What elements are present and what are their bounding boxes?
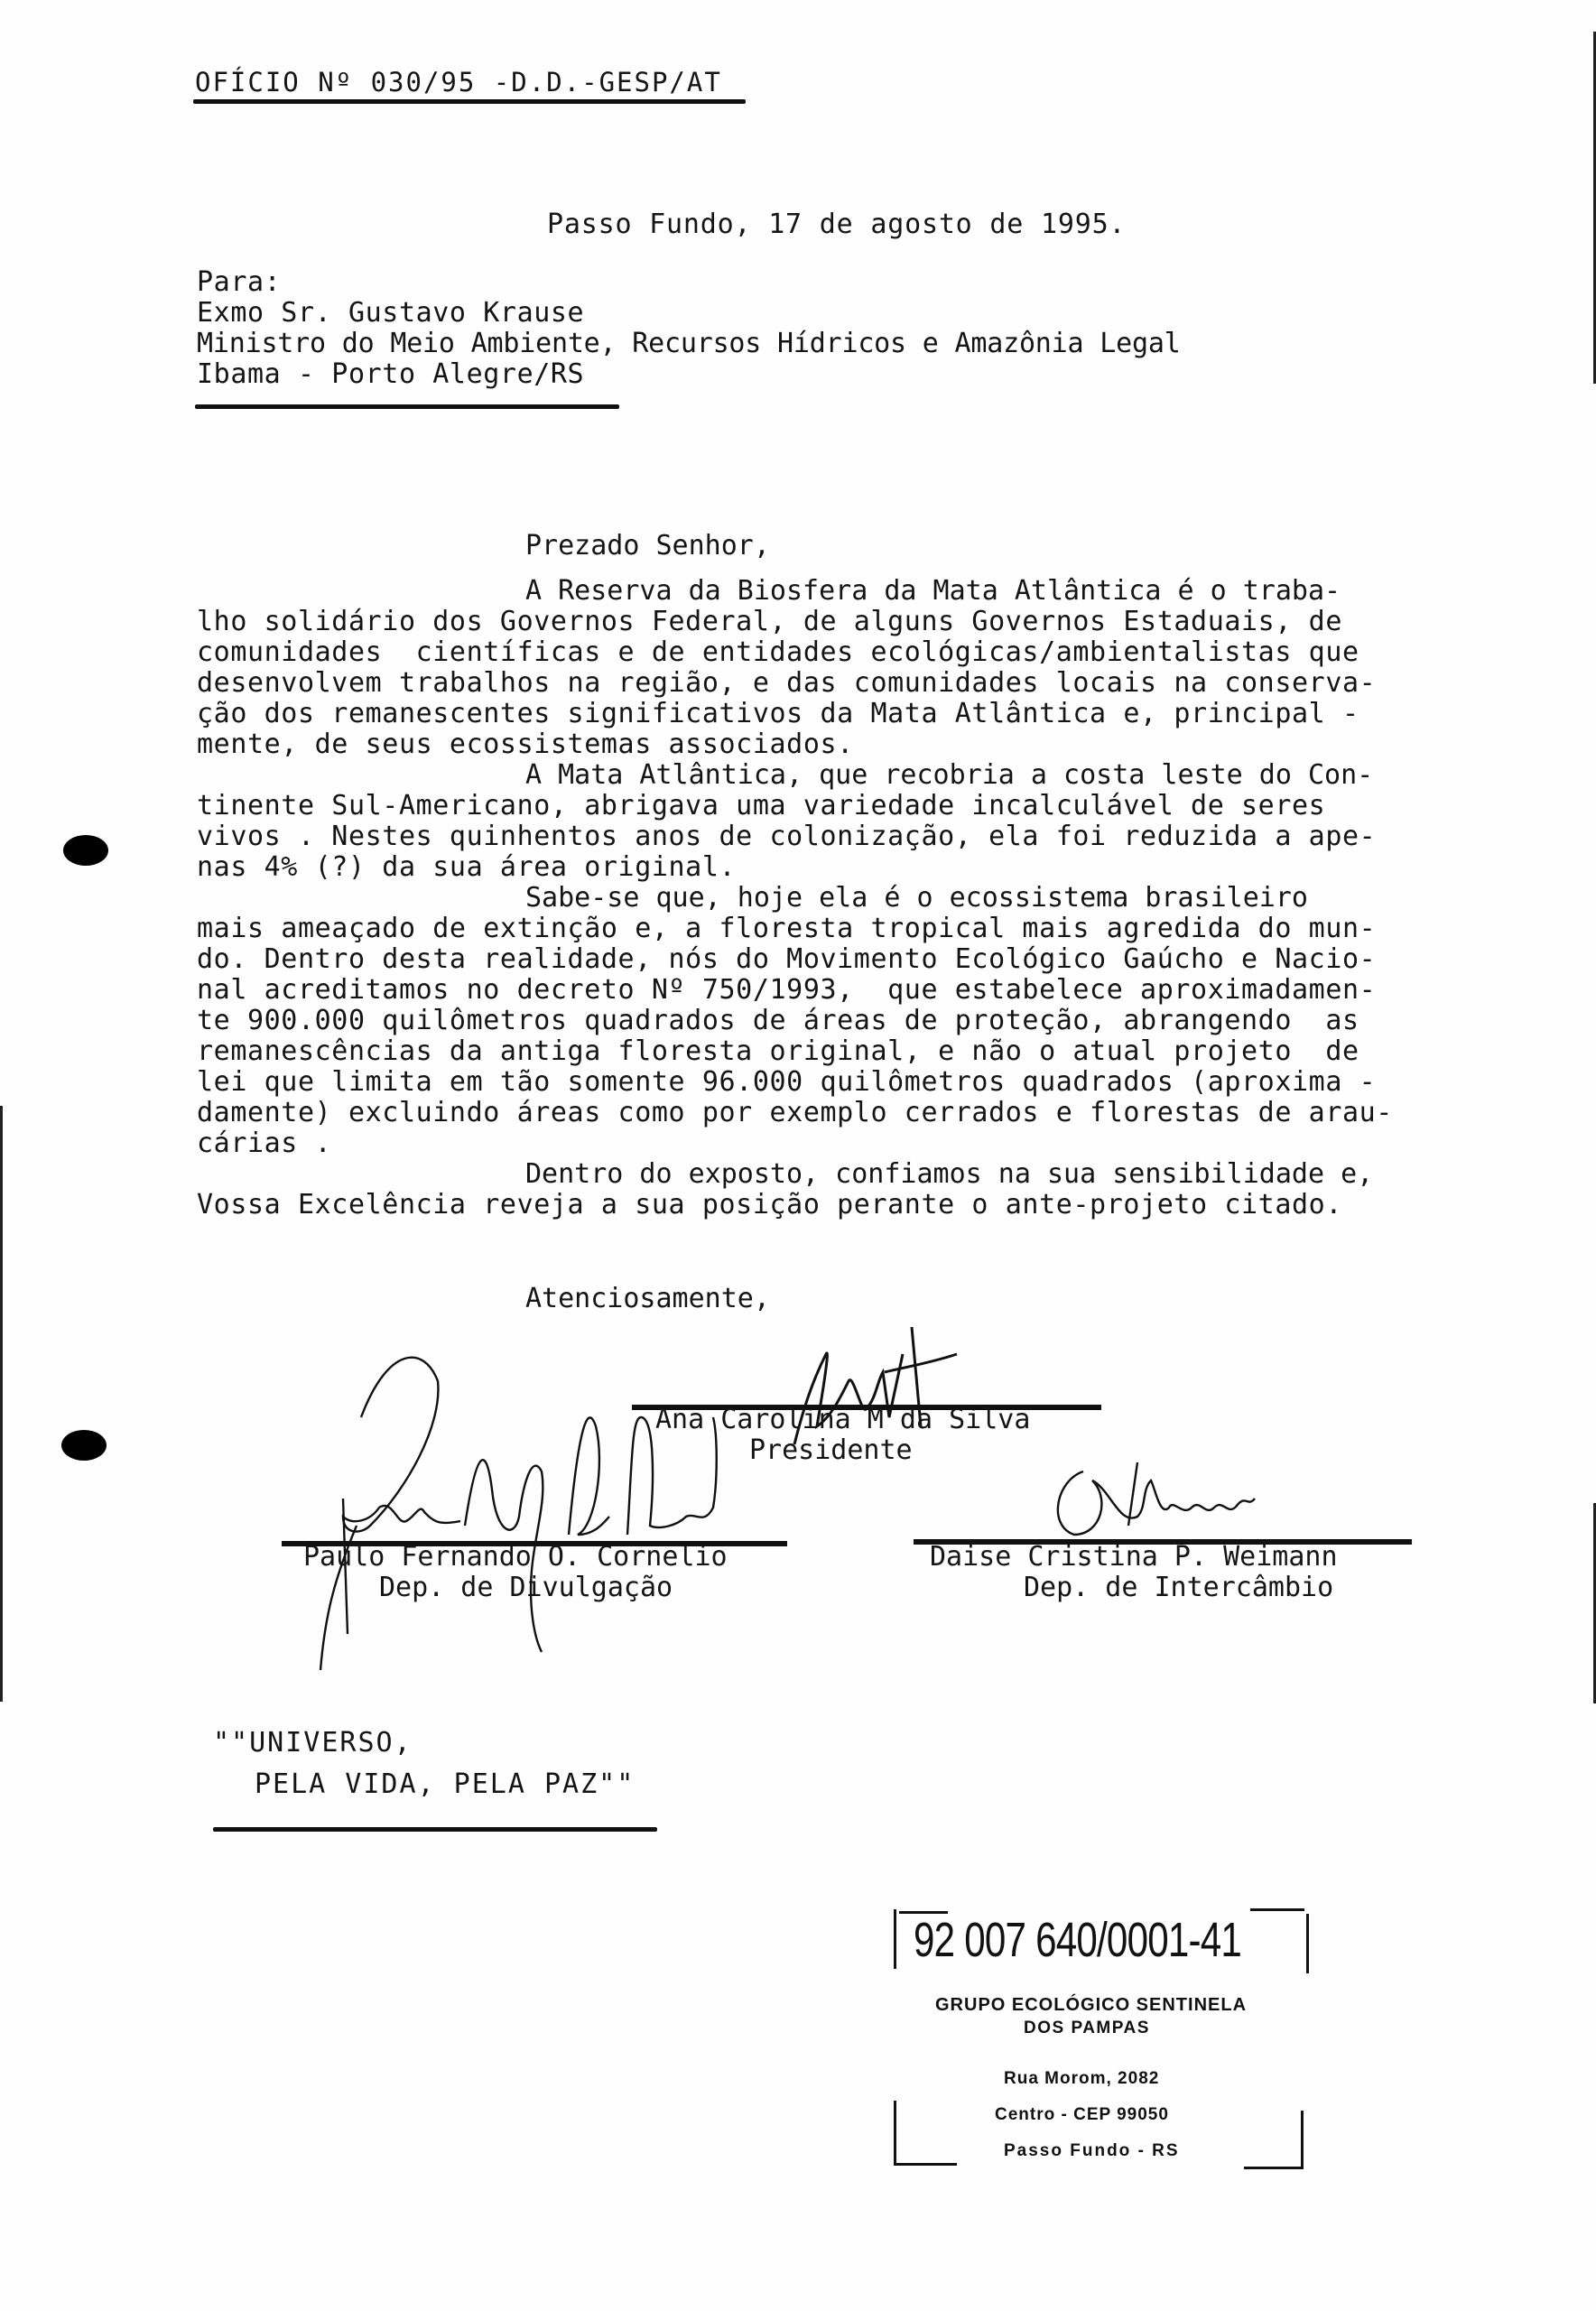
- body-line: comunidades científicas e de entidades e…: [197, 637, 1359, 668]
- recipient-underline: [195, 404, 619, 409]
- body-line: desenvolvem trabalhos na região, e das c…: [197, 668, 1376, 699]
- recipient-name: Exmo Sr. Gustavo Krause: [197, 298, 584, 329]
- scan-edge-left: [0, 1106, 3, 1702]
- signatory-role-president: Presidente: [749, 1435, 913, 1466]
- body-line: nal acreditamos no decreto Nº 750/1993, …: [197, 975, 1376, 1006]
- stamp-bracket-right: [1306, 1914, 1309, 1973]
- body-line: mente, de seus ecossistemas associados.: [197, 729, 854, 760]
- body-line: Vossa Excelência reveja a sua posição pe…: [197, 1190, 1342, 1220]
- body-line: lho solidário dos Governos Federal, de a…: [197, 607, 1342, 637]
- stamp-bracket-bottom-right-h: [1244, 2167, 1304, 2169]
- stamp-bracket-left: [894, 1909, 896, 1969]
- stamp-bracket-bottom-left-v: [894, 2101, 896, 2166]
- stamp-org-line-2: DOS PAMPAS: [1024, 2019, 1150, 2038]
- body-line: do. Dentro desta realidade, nós do Movim…: [197, 944, 1376, 975]
- stamp-district: Centro - CEP 99050: [995, 2105, 1169, 2125]
- recipient-title: Ministro do Meio Ambiente, Recursos Hídr…: [197, 329, 1181, 359]
- signatory-role-divulgacao: Dep. de Divulgação: [379, 1573, 673, 1603]
- document-reference: OFÍCIO Nº 030/95 -D.D.-GESP/AT: [195, 67, 722, 97]
- stamp-cnpj: 92 007 640/0001-41: [914, 1912, 1241, 1968]
- stamp-org-line-1: GRUPO ECOLÓGICO SENTINELA: [935, 1995, 1247, 2016]
- body-line: A Reserva da Biosfera da Mata Atlântica …: [525, 576, 1341, 607]
- body-line: lei que limita em tão somente 96.000 qui…: [197, 1067, 1376, 1098]
- punch-hole-top: [63, 835, 108, 866]
- scanned-letter-page: OFÍCIO Nº 030/95 -D.D.-GESP/AT Passo Fun…: [0, 0, 1596, 2311]
- motto-line-2: PELA VIDA, PELA PAZ"": [255, 1769, 635, 1800]
- signature-intercambio: [1038, 1444, 1273, 1544]
- stamp-city: Passo Fundo - RS: [1004, 2141, 1180, 2161]
- punch-hole-bottom: [61, 1430, 107, 1461]
- body-line: ção dos remanescentes significativos da …: [197, 699, 1359, 729]
- body-line: nas 4% (?) da sua área original.: [197, 852, 736, 883]
- stamp-bracket-bottom-right-v: [1301, 2111, 1304, 2168]
- signatory-name-intercambio: Daise Cristina P. Weimann: [930, 1542, 1338, 1573]
- body-line: Sabe-se que, hoje ela é o ecossistema br…: [525, 883, 1308, 914]
- reference-underline: [193, 99, 746, 104]
- body-line: vivos . Nestes quinhentos anos de coloni…: [197, 821, 1376, 852]
- body-line: te 900.000 quilômetros quadrados de área…: [197, 1006, 1359, 1036]
- recipient-label: Para:: [197, 267, 281, 298]
- place-date: Passo Fundo, 17 de agosto de 1995.: [547, 209, 1126, 240]
- recipient-address: Ibama - Porto Alegre/RS: [197, 359, 584, 390]
- signatory-role-intercambio: Dep. de Intercâmbio: [1024, 1573, 1333, 1603]
- body-line: A Mata Atlântica, que recobria a costa l…: [525, 760, 1373, 791]
- body-line: remanescências da antiga floresta origin…: [197, 1036, 1359, 1067]
- body-line: cárias .: [197, 1128, 331, 1159]
- signatory-name-divulgacao: Paulo Fernando O. Cornelio: [303, 1542, 728, 1573]
- body-line: damente) excluindo áreas como por exempl…: [197, 1098, 1393, 1128]
- signature-divulgacao: [307, 1345, 758, 1670]
- stamp-street: Rua Morom, 2082: [1004, 2069, 1159, 2089]
- motto-underline: [213, 1827, 657, 1832]
- body-line: tinente Sul-Americano, abrigava uma vari…: [197, 791, 1325, 821]
- salutation: Prezado Senhor,: [525, 531, 770, 562]
- body-line: Dentro do exposto, confiamos na sua sens…: [525, 1159, 1373, 1190]
- motto-line-1: ""UNIVERSO,: [213, 1728, 413, 1759]
- closing: Atenciosamente,: [525, 1284, 770, 1314]
- stamp-bracket-bottom-left-h: [894, 2163, 957, 2166]
- body-line: mais ameaçado de extinção e, a floresta …: [197, 914, 1376, 944]
- stamp-bracket-right-top: [1250, 1908, 1304, 1911]
